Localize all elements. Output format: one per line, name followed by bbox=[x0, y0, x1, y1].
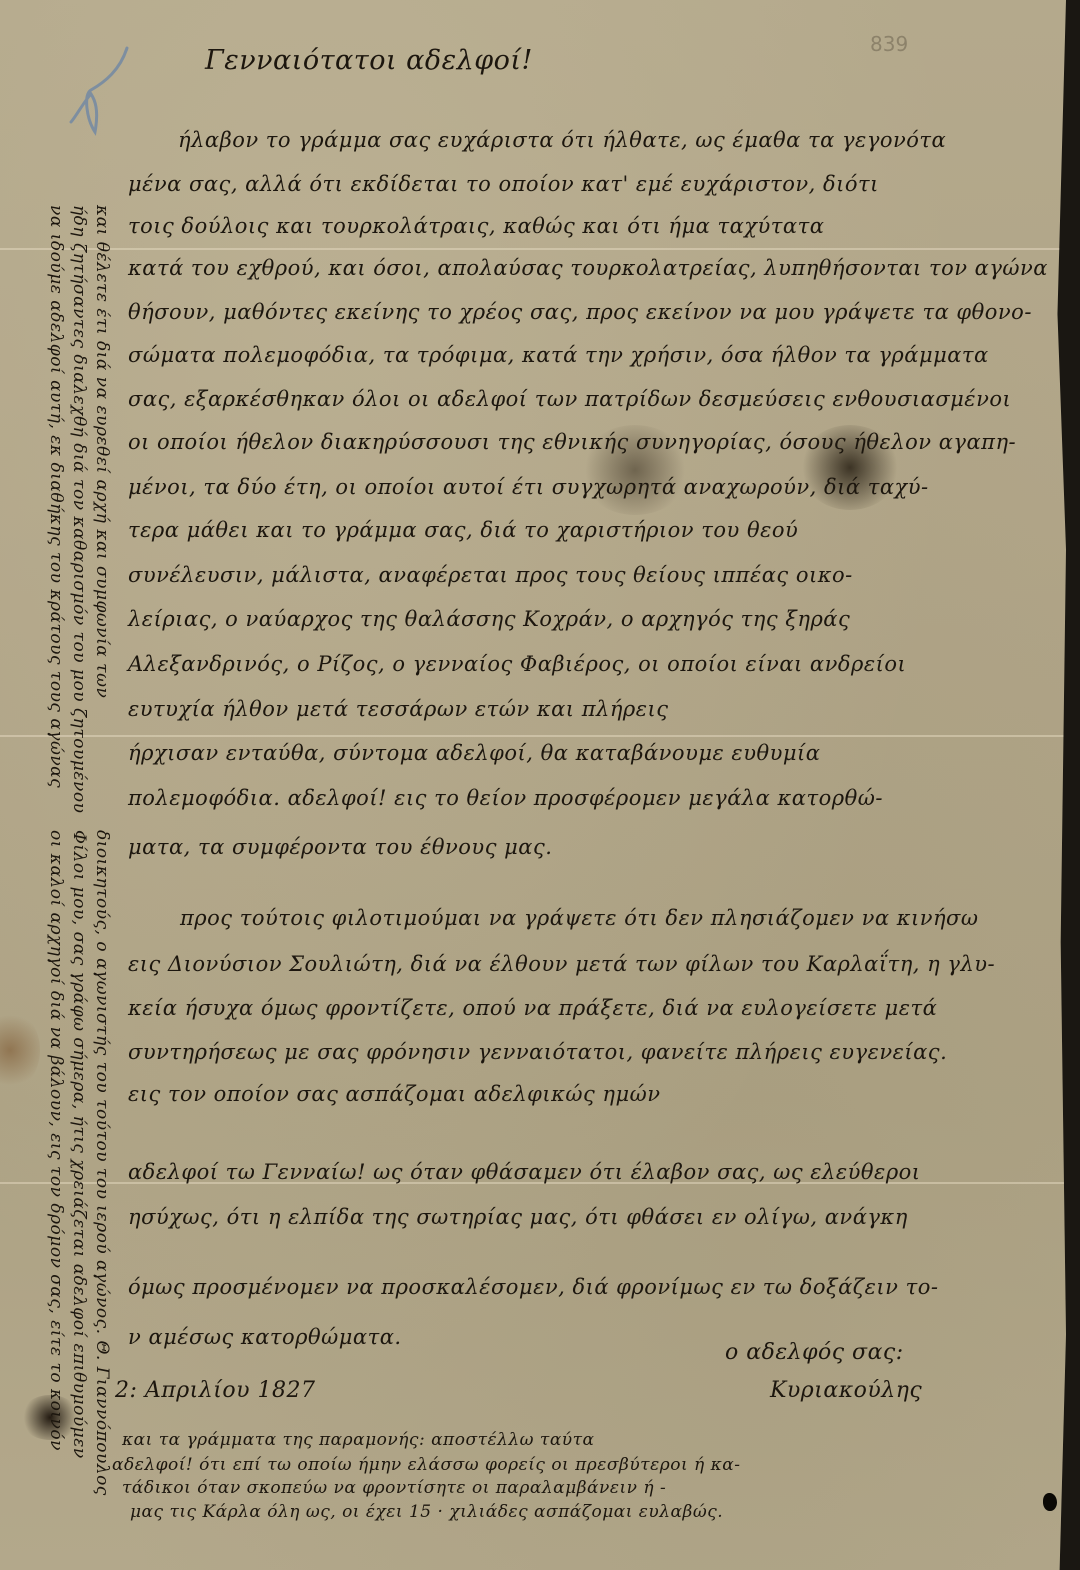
postscript-line: μας τις Κάρλα όλη ως, οι έχει 15 · χιλιά… bbox=[130, 1502, 723, 1522]
letter-line: ματα, τα συμφέροντα του έθνους μας. bbox=[128, 835, 552, 859]
letter-line: συνέλευσιν, μάλιστα, αναφέρεται προς του… bbox=[128, 563, 853, 587]
closing: ο αδελφός σας: bbox=[725, 1340, 904, 1365]
letter-line: κατά του εχθρού, και όσοι, απολαύσας του… bbox=[128, 256, 1048, 280]
letter-line: οι οποίοι ήθελον διακηρύσσουσι της εθνικ… bbox=[128, 430, 1016, 454]
folio-number: 839 bbox=[870, 32, 908, 56]
postscript-line: αδελφοί! ότι επί τω οποίω ήμην ελάσσω φο… bbox=[112, 1455, 740, 1475]
letter-line: μένοι, τα δύο έτη, οι οποίοι αυτοί έτι σ… bbox=[128, 475, 929, 499]
postscript-line: και τα γράμματα της παραμονής: αποστέλλω… bbox=[122, 1430, 595, 1450]
margin-note-line: οι καλοί αρχηγοί διά να βάλουν, εις τον … bbox=[46, 830, 66, 1451]
letter-date: 2: Απριλίου 1827 bbox=[115, 1378, 315, 1403]
letter-line: αδελφοί τω Γενναίω! ως όταν φθάσαμεν ότι… bbox=[128, 1160, 921, 1184]
letter-line: τερα μάθει και το γράμμα σας, διά το χαρ… bbox=[128, 518, 798, 542]
water-stain bbox=[0, 1010, 40, 1090]
margin-note-line: και θέλετε έτι διά να ευρεθεί αρχή και σ… bbox=[92, 205, 112, 698]
postscript-line: τάδικοι όταν σκοπεύω να φροντίσητε οι πα… bbox=[122, 1478, 666, 1498]
letter-line: συντηρήσεως με σας φρόνησιν γενναιότατοι… bbox=[128, 1040, 947, 1064]
paper-fold-line bbox=[0, 248, 1066, 250]
letter-line: θήσουν, μαθόντες εκείνης το χρέος σας, π… bbox=[128, 300, 1032, 324]
letter-line: τοις δούλοις και τουρκολάτραις, καθώς κα… bbox=[128, 214, 824, 238]
paper-fold-line bbox=[0, 735, 1066, 737]
letter-line: λείριας, ο ναύαρχος της θαλάσσης Κοχράν,… bbox=[128, 607, 850, 631]
letter-line: κεία ήσυχα όμως φροντίζετε, οπού να πράξ… bbox=[128, 996, 937, 1020]
letter-line: ησύχως, ότι η ελπίδα της σωτηρίας μας, ό… bbox=[128, 1205, 908, 1229]
letter-line: ν αμέσως κατορθώματα. bbox=[128, 1325, 402, 1349]
margin-note-line: ήδη ζητήσαντες διαλεχθή διά τον καθαρισμ… bbox=[69, 205, 89, 813]
letter-line: όμως προσμένομεν να προσκαλέσομεν, διά φ… bbox=[128, 1275, 938, 1299]
blue-pencil-mark-icon bbox=[65, 40, 135, 140]
letter-line: ευτυχία ήλθον μετά τεσσάρων ετών και πλή… bbox=[128, 697, 669, 721]
ink-blot bbox=[1043, 1493, 1057, 1511]
margin-note-line: να ιδούμε αδελφοί αυτή, εκ διαθήκης του … bbox=[46, 205, 66, 788]
margin-note-line: διοικητούς, ο αγωνιστής του τούτου του ι… bbox=[92, 830, 112, 1496]
letter-line: προς τούτοις φιλοτιμούμαι να γράψετε ότι… bbox=[180, 906, 979, 930]
letter-line: πολεμοφόδια. αδελφοί! εις το θείον προσφ… bbox=[128, 786, 883, 810]
letter-line: σας, εξαρκέσθηκαν όλοι οι αδελφοί των πα… bbox=[128, 387, 1011, 411]
letter-line: σώματα πολεμοφόδια, τα τρόφιμα, κατά την… bbox=[128, 343, 989, 367]
letter-line: εις τον οποίον σας ασπάζομαι αδελφικώς η… bbox=[128, 1082, 661, 1106]
signature: Κυριακούλης bbox=[770, 1378, 922, 1403]
letter-line: ήρχισαν ενταύθα, σύντομα αδελφοί, θα κατ… bbox=[128, 741, 820, 765]
manuscript-page: 839 Γενναιότατοι αδελφοί! ήλαβον το γράμ… bbox=[0, 0, 1066, 1570]
letter-line: μένα σας, αλλά ότι εκδίδεται το οποίον κ… bbox=[128, 172, 879, 196]
letter-line: ήλαβον το γράμμα σας ευχάριστα ότι ήλθατ… bbox=[178, 128, 946, 152]
letter-line: Αλεξανδρινός, ο Ρίζος, ο γενναίος Φαβιέρ… bbox=[128, 652, 906, 676]
letter-line: εις Διονύσιον Σουλιώτη, διά να έλθουν με… bbox=[128, 952, 995, 976]
margin-note-line: Φίλοι μου, σας γράφω σήμερα, ήτις χρειάζ… bbox=[69, 830, 89, 1459]
salutation: Γενναιότατοι αδελφοί! bbox=[205, 45, 533, 76]
